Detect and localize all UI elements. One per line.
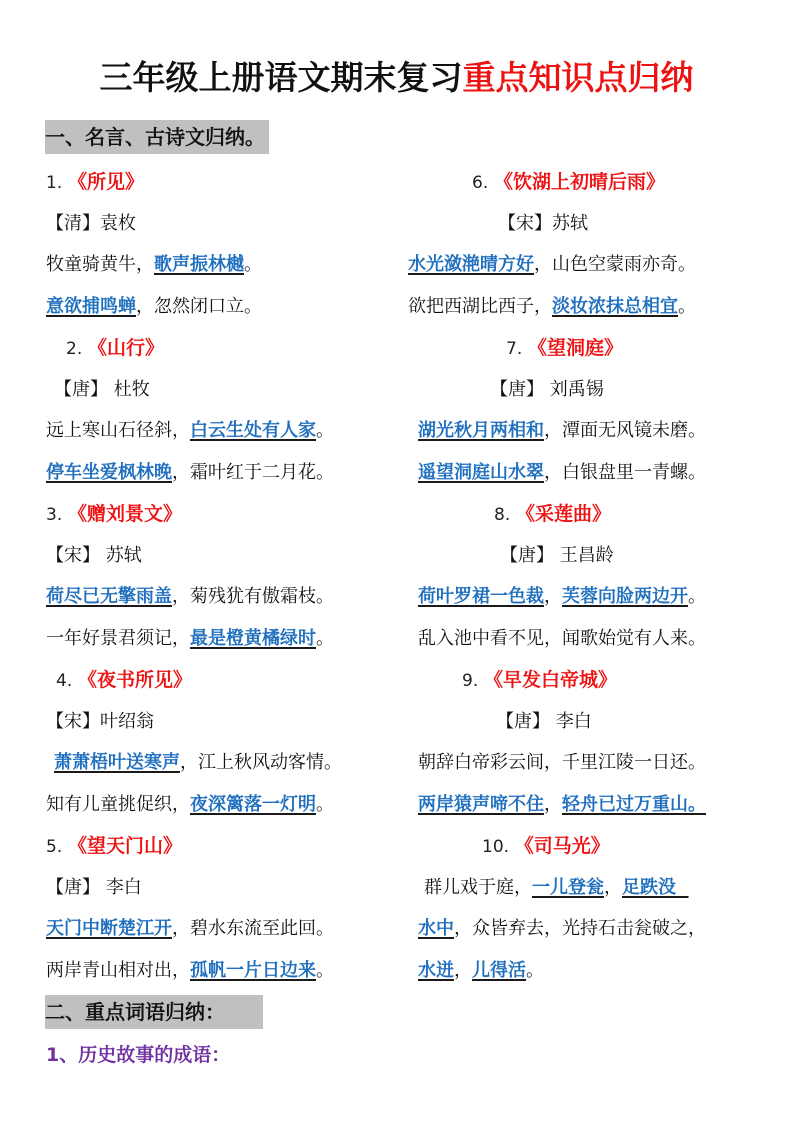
poem-line: 遥望洞庭山水翠，白银盘里一青螺。: [408, 455, 778, 497]
poem-line: 乱入池中看不见，闻歌始觉有人来。: [408, 621, 778, 663]
underline-space: [676, 877, 689, 898]
key-phrase: 芙蓉向脸两边开: [562, 586, 688, 607]
poem-line: 停车坐爱枫林晚，霜叶红于二月花。: [46, 455, 406, 497]
text: ，: [544, 586, 562, 607]
poem-line: 天门中断楚江开，碧水东流至此回。: [46, 911, 406, 953]
poem-number: 1.: [46, 173, 62, 193]
poem-number: 6.: [472, 173, 488, 193]
poem-line: 两岸猿声啼不住，轻舟已过万重山。: [408, 787, 778, 829]
poem-author: 【清】袁枚: [46, 206, 406, 248]
key-phrase: 水光潋滟晴方好: [408, 254, 534, 275]
text: ，: [544, 794, 562, 815]
poem-title-line: 2. 《山行》: [46, 330, 406, 372]
text: 。: [244, 254, 262, 275]
poem-5: 5. 《望天门山》 【唐】 李白 天门中断楚江开，碧水东流至此回。 两岸青山相对…: [46, 828, 406, 994]
poem-author: 【唐】 李白: [408, 704, 778, 746]
poem-line: 两岸青山相对出，孤帆一片日边来。: [46, 953, 406, 995]
text: 知有儿童挑促织，: [46, 794, 190, 815]
key-phrase: 淡妆浓抹总相宜: [552, 296, 678, 317]
key-phrase: 意欲捕鸣蝉: [46, 296, 136, 317]
poem-title-line: 6. 《饮湖上初晴后雨》: [408, 164, 778, 206]
poem-author: 【唐】 王昌龄: [408, 538, 778, 580]
page-title: 三年级上册语文期末复习重点知识点归纳: [0, 56, 793, 100]
poem-line: 欲把西湖比西子，淡妆浓抹总相宜。: [408, 289, 778, 331]
poem-1: 1. 《所见》 【清】袁枚 牧童骑黄牛，歌声振林樾。 意欲捕鸣蝉，忽然闭口立。: [46, 164, 406, 330]
poem-line: 群儿戏于庭，一儿登瓮，足跌没: [408, 870, 778, 912]
key-phrase: 一儿登瓮: [532, 877, 604, 898]
poem-author: 【唐】 杜牧: [46, 372, 406, 414]
poem-title-line: 3. 《赠刘景文》: [46, 496, 406, 538]
poem-title: 《夜书所见》: [78, 669, 192, 691]
key-phrase: 歌声振林樾: [154, 254, 244, 275]
text: ，山色空蒙雨亦奇。: [534, 254, 696, 275]
poem-2: 2. 《山行》 【唐】 杜牧 远上寒山石径斜，白云生处有人家。 停车坐爱枫林晚，…: [46, 330, 406, 496]
text: ，碧水东流至此回。: [172, 918, 334, 939]
text: ，: [604, 877, 622, 898]
key-phrase: 水中: [418, 918, 454, 939]
poem-number: 5.: [46, 837, 62, 857]
poem-title-line: 5. 《望天门山》: [46, 828, 406, 870]
poem-title-line: 1. 《所见》: [46, 164, 406, 206]
text: ，忽然闭口立。: [136, 296, 262, 317]
poem-line: 朝辞白帝彩云间，千里江陵一日还。: [408, 745, 778, 787]
text: 。: [526, 960, 544, 981]
poem-10: 10. 《司马光》 群儿戏于庭，一儿登瓮，足跌没 水中，众皆弃去，光持石击瓮破之…: [408, 828, 778, 994]
key-phrase: 荷叶罗裙一色裁: [418, 586, 544, 607]
poem-title: 《望天门山》: [68, 835, 182, 857]
key-phrase: 儿得活: [472, 960, 526, 981]
poem-author: 【宋】叶绍翁: [46, 704, 406, 746]
poem-title: 《所见》: [68, 171, 144, 193]
poems-left-column: 1. 《所见》 【清】袁枚 牧童骑黄牛，歌声振林樾。 意欲捕鸣蝉，忽然闭口立。 …: [46, 164, 406, 994]
poem-7: 7. 《望洞庭》 【唐】 刘禹锡 湖光秋月两相和，潭面无风镜未磨。 遥望洞庭山水…: [408, 330, 778, 496]
text: 远上寒山石径斜，: [46, 420, 190, 441]
key-phrase: 湖光秋月两相和: [418, 420, 544, 441]
text: 两岸青山相对出，: [46, 960, 190, 981]
poem-line: 意欲捕鸣蝉，忽然闭口立。: [46, 289, 406, 331]
poem-number: 9.: [462, 671, 478, 691]
key-phrase: 水迸: [418, 960, 454, 981]
text: ，白银盘里一青螺。: [544, 462, 706, 483]
poem-line: 荷尽已无擎雨盖，菊残犹有傲霜枝。: [46, 579, 406, 621]
key-phrase: 足跌没: [622, 877, 676, 898]
poem-line: 水迸，儿得活。: [408, 953, 778, 995]
poem-number: 4.: [56, 671, 72, 691]
text: ，菊残犹有傲霜枝。: [172, 586, 334, 607]
poem-6: 6. 《饮湖上初晴后雨》 【宋】苏轼 水光潋滟晴方好，山色空蒙雨亦奇。 欲把西湖…: [408, 164, 778, 330]
section-heading-poems: 一、名言、古诗文归纳。: [45, 120, 269, 154]
poem-number: 7.: [506, 339, 522, 359]
key-phrase: 孤帆一片日边来: [190, 960, 316, 981]
poem-number: 2.: [66, 339, 82, 359]
key-phrase: 停车坐爱枫林晚: [46, 462, 172, 483]
text: 欲把西湖比西子，: [408, 296, 552, 317]
text: 牧童骑黄牛，: [46, 254, 154, 275]
poem-line: 知有儿童挑促织，夜深篱落一灯明。: [46, 787, 406, 829]
poem-title: 《饮湖上初晴后雨》: [494, 171, 665, 193]
poem-title: 《望洞庭》: [528, 337, 623, 359]
text: 。: [678, 296, 696, 317]
text: 群儿戏于庭，: [424, 877, 532, 898]
poem-8: 8. 《采莲曲》 【唐】 王昌龄 荷叶罗裙一色裁，芙蓉向脸两边开。 乱入池中看不…: [408, 496, 778, 662]
poem-line: 牧童骑黄牛，歌声振林樾。: [46, 247, 406, 289]
poem-title-line: 4. 《夜书所见》: [46, 662, 406, 704]
key-phrase: 最是橙黄橘绿时: [190, 628, 316, 649]
subheading-idioms: 1、历史故事的成语：: [46, 1040, 230, 1070]
poem-title: 《赠刘景文》: [68, 503, 182, 525]
key-phrase: 轻舟已过万重山。: [562, 794, 706, 815]
poem-title-line: 7. 《望洞庭》: [408, 330, 778, 372]
poem-4: 4. 《夜书所见》 【宋】叶绍翁 萧萧梧叶送寒声，江上秋风动客情。 知有儿童挑促…: [46, 662, 406, 828]
title-red: 重点知识点归纳: [463, 58, 694, 97]
text: 一年好景君须记，: [46, 628, 190, 649]
poem-author: 【唐】 李白: [46, 870, 406, 912]
poem-title: 《采莲曲》: [516, 503, 611, 525]
poem-author: 【唐】 刘禹锡: [408, 372, 778, 414]
poem-line: 湖光秋月两相和，潭面无风镜未磨。: [408, 413, 778, 455]
title-black: 三年级上册语文期末复习: [100, 58, 463, 97]
poems-right-column: 6. 《饮湖上初晴后雨》 【宋】苏轼 水光潋滟晴方好，山色空蒙雨亦奇。 欲把西湖…: [408, 164, 778, 994]
poem-line: 远上寒山石径斜，白云生处有人家。: [46, 413, 406, 455]
text: 。: [316, 794, 334, 815]
poem-3: 3. 《赠刘景文》 【宋】 苏轼 荷尽已无擎雨盖，菊残犹有傲霜枝。 一年好景君须…: [46, 496, 406, 662]
text: 。: [316, 420, 334, 441]
poem-line: 一年好景君须记，最是橙黄橘绿时。: [46, 621, 406, 663]
poem-author: 【宋】苏轼: [408, 206, 778, 248]
key-phrase: 白云生处有人家: [190, 420, 316, 441]
text: 。: [316, 960, 334, 981]
poem-author: 【宋】 苏轼: [46, 538, 406, 580]
poem-title-line: 8. 《采莲曲》: [408, 496, 778, 538]
section-heading-vocabulary: 二、重点词语归纳：: [45, 995, 263, 1029]
poem-title: 《司马光》: [515, 835, 610, 857]
text: ，潭面无风镜未磨。: [544, 420, 706, 441]
text: ，江上秋风动客情。: [180, 752, 342, 773]
text: ，众皆弃去，光持石击瓮破之，: [454, 918, 706, 939]
text: ，霜叶红于二月花。: [172, 462, 334, 483]
poem-line: 萧萧梧叶送寒声，江上秋风动客情。: [46, 745, 406, 787]
poem-number: 10.: [482, 837, 509, 857]
poem-title-line: 10. 《司马光》: [408, 828, 778, 870]
poem-line: 水光潋滟晴方好，山色空蒙雨亦奇。: [408, 247, 778, 289]
key-phrase: 天门中断楚江开: [46, 918, 172, 939]
text: 。: [688, 586, 706, 607]
key-phrase: 荷尽已无擎雨盖: [46, 586, 172, 607]
poem-line: 水中，众皆弃去，光持石击瓮破之，: [408, 911, 778, 953]
poem-number: 3.: [46, 505, 62, 525]
key-phrase: 遥望洞庭山水翠: [418, 462, 544, 483]
poem-title: 《山行》: [88, 337, 164, 359]
key-phrase: 萧萧梧叶送寒声: [54, 752, 180, 773]
poem-title: 《早发白帝城》: [484, 669, 617, 691]
key-phrase: 两岸猿声啼不住: [418, 794, 544, 815]
key-phrase: 夜深篱落一灯明: [190, 794, 316, 815]
text: 。: [316, 628, 334, 649]
poem-number: 8.: [494, 505, 510, 525]
poem-title-line: 9. 《早发白帝城》: [408, 662, 778, 704]
poem-line: 荷叶罗裙一色裁，芙蓉向脸两边开。: [408, 579, 778, 621]
poem-9: 9. 《早发白帝城》 【唐】 李白 朝辞白帝彩云间，千里江陵一日还。 两岸猿声啼…: [408, 662, 778, 828]
text: ，: [454, 960, 472, 981]
